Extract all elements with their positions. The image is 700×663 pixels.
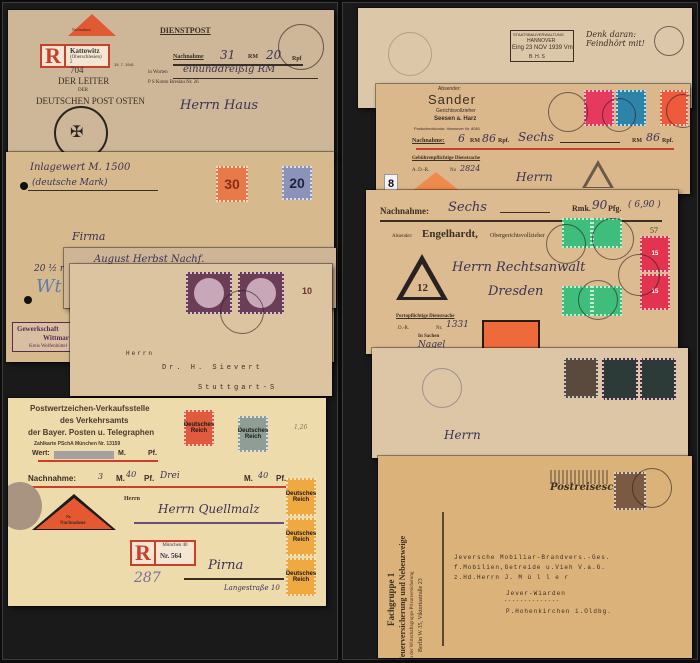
rpf-value: 86 bbox=[482, 132, 496, 145]
recipient-underline bbox=[134, 522, 284, 524]
address-line-2: f.Mobilien,Getreide u.Vieh V.a.G. bbox=[454, 564, 606, 571]
pfg-value: 90 bbox=[592, 198, 607, 212]
in-worten-value: einunddreißig RM bbox=[183, 64, 275, 75]
street-handwritten: Langestraße 10 bbox=[224, 584, 280, 592]
addressee-name: Dr. H. Sievert bbox=[162, 364, 263, 372]
sender-title: Gerichtsvollzieher bbox=[436, 108, 476, 114]
box-postmark-line-4: B. H. S bbox=[529, 54, 545, 60]
rm-right: RM bbox=[632, 138, 642, 144]
nachnahme-m: M. bbox=[116, 474, 125, 483]
cover-dr-sievert: 10 Herrn Dr. H. Sievert Stuttgart-S bbox=[70, 264, 332, 396]
registration-office: Kattowitz bbox=[70, 47, 104, 55]
stuttgart-postmark bbox=[220, 290, 264, 334]
stamp-deutsches-reich-grey: Deutsches Reich bbox=[238, 416, 268, 452]
jever-postmark bbox=[632, 468, 672, 508]
seesen-postmark-1 bbox=[548, 92, 588, 132]
in-worten-label: in Worten bbox=[148, 70, 168, 75]
cover-bayer-posten: Postwertzeichen-Verkaufsstelle des Verke… bbox=[8, 398, 326, 606]
box-postmark-line-1: STAATSBAUVERWALTUNG bbox=[513, 32, 564, 37]
words-dash bbox=[560, 142, 620, 143]
cover-engelhardt: Nachnahme: Sechs Rmk. 90 Pfg. ( 6,90 ) A… bbox=[366, 190, 678, 354]
nr-label: Nr. bbox=[436, 326, 442, 331]
triangle-number: 12 bbox=[417, 282, 428, 294]
sender-line-1: Postwertzeichen-Verkaufsstelle bbox=[30, 404, 150, 413]
nachnahme-pf: Pf. bbox=[144, 474, 154, 483]
sender-vertical-line-4: Berlin W 35, Viktoriastraße 23 bbox=[418, 578, 424, 652]
address-city: Jever-Wiarden bbox=[506, 590, 566, 597]
portopflichtig-label: Portopflichtige Dienstsache bbox=[396, 314, 454, 319]
slogan-illustration bbox=[550, 470, 608, 484]
nachnahme-m-right: M. bbox=[244, 474, 253, 483]
nachnahme-triangle-label bbox=[68, 14, 116, 36]
stamp-deutsches-reich-red: Deutsches Reich bbox=[184, 410, 214, 446]
blue-pencil-mark: Wt bbox=[36, 276, 62, 297]
wert-label: Wert: bbox=[32, 450, 50, 457]
wert-obscured bbox=[54, 451, 114, 459]
city-pirna: Pirna bbox=[208, 558, 243, 573]
postscheck: Postscheckkonto: Hannover Nr. 8081 bbox=[414, 126, 480, 131]
absender-label: Absender: bbox=[392, 234, 413, 239]
handwritten-note: 20 ½ r bbox=[34, 264, 64, 274]
sender-name: Sander bbox=[428, 92, 476, 107]
address-line-1: Jeversche Mobiliar-Brandvers.-Ges. bbox=[454, 554, 610, 561]
note-287: 287 bbox=[134, 570, 161, 586]
osnabrueck-postmark-2 bbox=[592, 218, 634, 260]
stamp-dark-green-2 bbox=[640, 358, 676, 400]
side-date: 15. 7. 1941 bbox=[114, 62, 134, 67]
city-underline bbox=[184, 578, 284, 580]
rpf-right: Rpf. bbox=[662, 138, 673, 144]
address-dashes: -------------- bbox=[504, 598, 560, 604]
cover-fachgruppe-jever: Fachgruppe 1 Feuerversicherung und Neben… bbox=[378, 456, 692, 658]
sleeve-tab-number: 8 bbox=[388, 178, 394, 190]
slogan-cancel: Denk daran: Feindhört mit! bbox=[586, 30, 646, 48]
recipient-handwritten: Herrn Haus bbox=[180, 98, 258, 113]
osnabrueck-postmark-1 bbox=[546, 224, 586, 264]
sender-box-line-3: Kreis Wolfenbüttel bbox=[29, 344, 67, 349]
box-postmark: STAATSBAUVERWALTUNG HANNOVER Eing 23 NOV… bbox=[510, 30, 574, 62]
cover-dienstpost-kattowitz: Nachnahme R Kattowitz (Oberschlesien) 2 … bbox=[8, 10, 334, 160]
ps-konto: P S Konto Breslau Nr. 26 bbox=[148, 80, 199, 85]
sender-title: Obergerichtsvollzieher bbox=[490, 233, 545, 239]
eagle-icon: ✠ bbox=[70, 122, 83, 142]
nachnahme-pf-right: Pf. bbox=[276, 474, 286, 483]
seesen-postmark-2 bbox=[602, 98, 636, 132]
sender-divider bbox=[442, 512, 444, 646]
nachnahme-pf-value: 40 bbox=[126, 470, 136, 479]
rpf-right-value: 86 bbox=[646, 131, 660, 144]
nachnahme-red-line bbox=[28, 486, 290, 488]
recipient-quellmalz: Herrn Quellmalz bbox=[158, 502, 260, 516]
registration-sub: (Oberschlesien) 2 bbox=[70, 55, 104, 65]
rm-label: RM bbox=[470, 138, 480, 144]
registration-r-icon: R bbox=[42, 46, 66, 66]
stamp-20: 20 bbox=[282, 166, 312, 200]
nachnahme-label: Nachnahme: bbox=[28, 474, 76, 483]
sender-vertical-line-3: in der Wirtschaftsgruppe Privatversicher… bbox=[410, 572, 415, 658]
sender-box-line-1: Gewerkschaft bbox=[17, 325, 59, 333]
nachnahme-amount: 31 bbox=[220, 48, 235, 62]
faint-seal bbox=[388, 32, 432, 76]
rmk-label: Rmk. bbox=[572, 204, 591, 213]
note-126: 1,26 bbox=[294, 424, 307, 431]
faint-circular-stamp bbox=[422, 368, 462, 408]
nachnahme-label: Nachnahme bbox=[173, 54, 204, 60]
box-postmark-line-2: HANNOVER bbox=[527, 38, 555, 44]
sender-line-2: des Verkehrsamts bbox=[60, 416, 129, 425]
registration-office: München 40 bbox=[160, 543, 190, 548]
sender-line-3: der Bayer. Posten u. Telegraphen bbox=[28, 428, 154, 437]
sender-name: Engelhardt, bbox=[422, 228, 478, 240]
registration-number: Nr. 564 bbox=[160, 552, 190, 560]
sender-city: Seesen a. Harz bbox=[434, 116, 476, 122]
wert-red-line bbox=[38, 460, 158, 462]
address-post: P.Hohenkirchen i.Oldbg. bbox=[506, 608, 612, 615]
gebuehr-label: Gebührenpflichtige Dienstsache bbox=[412, 156, 480, 161]
nachnahme-label: Nachnahme: bbox=[380, 206, 429, 216]
wert-m: M. bbox=[118, 450, 126, 457]
kattowitz-postmark bbox=[278, 24, 324, 70]
address-line-3: z.Hd.Herrn J. M ü l l e r bbox=[454, 574, 569, 581]
cover-sander-seesen: Absender: Sander Gerichtsvollzieher Sees… bbox=[376, 84, 690, 194]
nr-value: 1331 bbox=[446, 320, 469, 330]
registration-r-icon: R bbox=[132, 542, 156, 564]
herrn-label: Herrn bbox=[124, 496, 140, 502]
punch-hole-bottom bbox=[24, 296, 32, 304]
triangle-outline-inner bbox=[586, 166, 610, 187]
recipient-handwritten: Herrn bbox=[516, 170, 553, 184]
osnabrueck-postmark-4 bbox=[618, 254, 660, 296]
triangle-no: Nr. bbox=[66, 514, 71, 519]
osnabrueck-postmark-3 bbox=[578, 280, 618, 320]
zahlkarte: Zahlkarte PSchA München Nr. 13159 bbox=[34, 441, 120, 447]
hamburg-postmark bbox=[654, 26, 684, 56]
stamp-deutsches-reich-orange-2: Deutsches Reich bbox=[286, 518, 316, 556]
registration-label: R Kattowitz (Oberschlesien) 2 704 bbox=[40, 44, 110, 68]
pfg-label: Pfg. bbox=[608, 204, 622, 213]
inlagewert-note: (deutsche Mark) bbox=[32, 178, 108, 188]
recipient-herrn: Herrn bbox=[444, 428, 481, 442]
currency-rm: RM bbox=[248, 54, 258, 60]
inlagewert-underline bbox=[28, 190, 158, 191]
punch-hole-top bbox=[20, 182, 28, 190]
nachnahme-label: Nachnahme: bbox=[412, 138, 445, 144]
cover-herrn-infla: Herrn bbox=[372, 348, 688, 458]
sender-vertical-line-1: Fachgruppe 1 bbox=[386, 573, 396, 626]
nachnahme-triangle-text: Nachnahme bbox=[72, 27, 91, 32]
words-dash bbox=[500, 212, 550, 213]
stamp-brown bbox=[564, 358, 598, 398]
stamp-dark-green-1 bbox=[602, 358, 638, 400]
nachnahme-amount: 6 bbox=[458, 132, 465, 145]
sender-line-2: DER bbox=[78, 88, 88, 93]
sender-line-3: DEUTSCHEN POST OSTEN bbox=[36, 96, 145, 106]
rpf-label: Rpf. bbox=[498, 138, 509, 144]
nachnahme-red-line bbox=[416, 148, 674, 150]
vertical-sender: Fachgruppe 1 Feuerversicherung und Neben… bbox=[386, 516, 456, 658]
dienstpost-header: DIENSTPOST bbox=[160, 26, 211, 35]
stamp-30: 30 bbox=[216, 166, 248, 202]
stamp-deutsches-reich-orange-3: Deutsches Reich bbox=[286, 558, 316, 596]
amount-paren: ( 6,90 ) bbox=[628, 200, 661, 210]
sender-box-line-2: Wittmar bbox=[43, 334, 69, 342]
nachnahme-words: Sechs bbox=[518, 130, 554, 144]
stamp-margin-number: 10 bbox=[302, 286, 312, 296]
nachnahme-words: Drei bbox=[160, 471, 180, 481]
registration-number: 704 bbox=[70, 65, 104, 75]
sender-vertical-line-2: Feuerversicherung und Nebenzweige bbox=[398, 536, 407, 658]
wert-pf: Pf. bbox=[148, 450, 157, 457]
nachnahme-words: Sechs bbox=[448, 200, 487, 215]
recipient-firma: Firma bbox=[72, 230, 105, 243]
sender-line-1: DER LEITER bbox=[58, 76, 109, 86]
addressee-salutation: Herrn bbox=[126, 350, 154, 357]
in-sachen-label: In Sachen bbox=[418, 334, 439, 339]
dr-label: D.-R. bbox=[398, 326, 409, 331]
nachnahme-pf-right-value: 40 bbox=[258, 471, 268, 480]
stamp-deutsches-reich-orange-1: Deutsches Reich bbox=[286, 478, 316, 516]
addressee-city: Stuttgart-S bbox=[198, 384, 277, 392]
corner-number: 57 bbox=[650, 226, 658, 235]
inlagewert-amount: Inlagewert M. 1500 bbox=[30, 162, 130, 173]
triangle-nachnahme-text: Nachnahme bbox=[60, 521, 86, 526]
nachnahme-m-value: 3 bbox=[98, 472, 103, 481]
box-postmark-line-3: Eing 23 NOV 1939 Vm. bbox=[512, 45, 574, 51]
worten-underline bbox=[173, 78, 318, 79]
city-dresden: Dresden bbox=[488, 284, 543, 299]
registration-label: R München 40 Nr. 564 bbox=[130, 540, 196, 566]
